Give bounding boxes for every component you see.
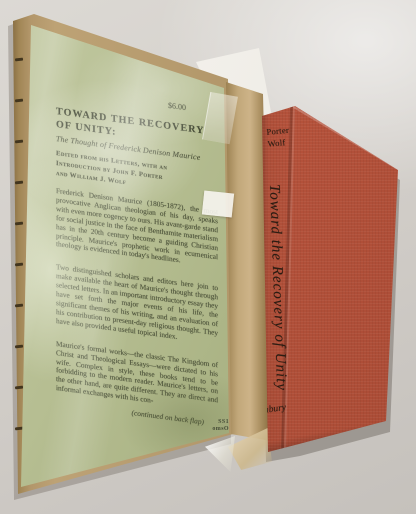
stitch-mark	[15, 181, 23, 184]
show-through-text: SS1 omsO	[205, 419, 229, 433]
stitch-mark	[15, 304, 23, 307]
stitch-mark	[15, 386, 23, 389]
stitch-mark	[15, 263, 23, 266]
stitch-mark	[15, 140, 23, 143]
tape-piece-tab	[202, 190, 234, 217]
book-photograph: $6.00 TOWARD THE RECOVERY OF UNITY: The …	[0, 0, 416, 514]
stitch-mark	[15, 222, 23, 225]
stitch-mark	[15, 99, 23, 102]
stitch-mark	[15, 427, 23, 430]
stitch-mark	[15, 58, 23, 61]
stitch-mark	[15, 345, 23, 348]
show-through-line1: SS1	[205, 419, 229, 426]
show-through-line2: omsO	[205, 426, 229, 433]
spine-author-names: Porter Wolf	[266, 123, 308, 149]
